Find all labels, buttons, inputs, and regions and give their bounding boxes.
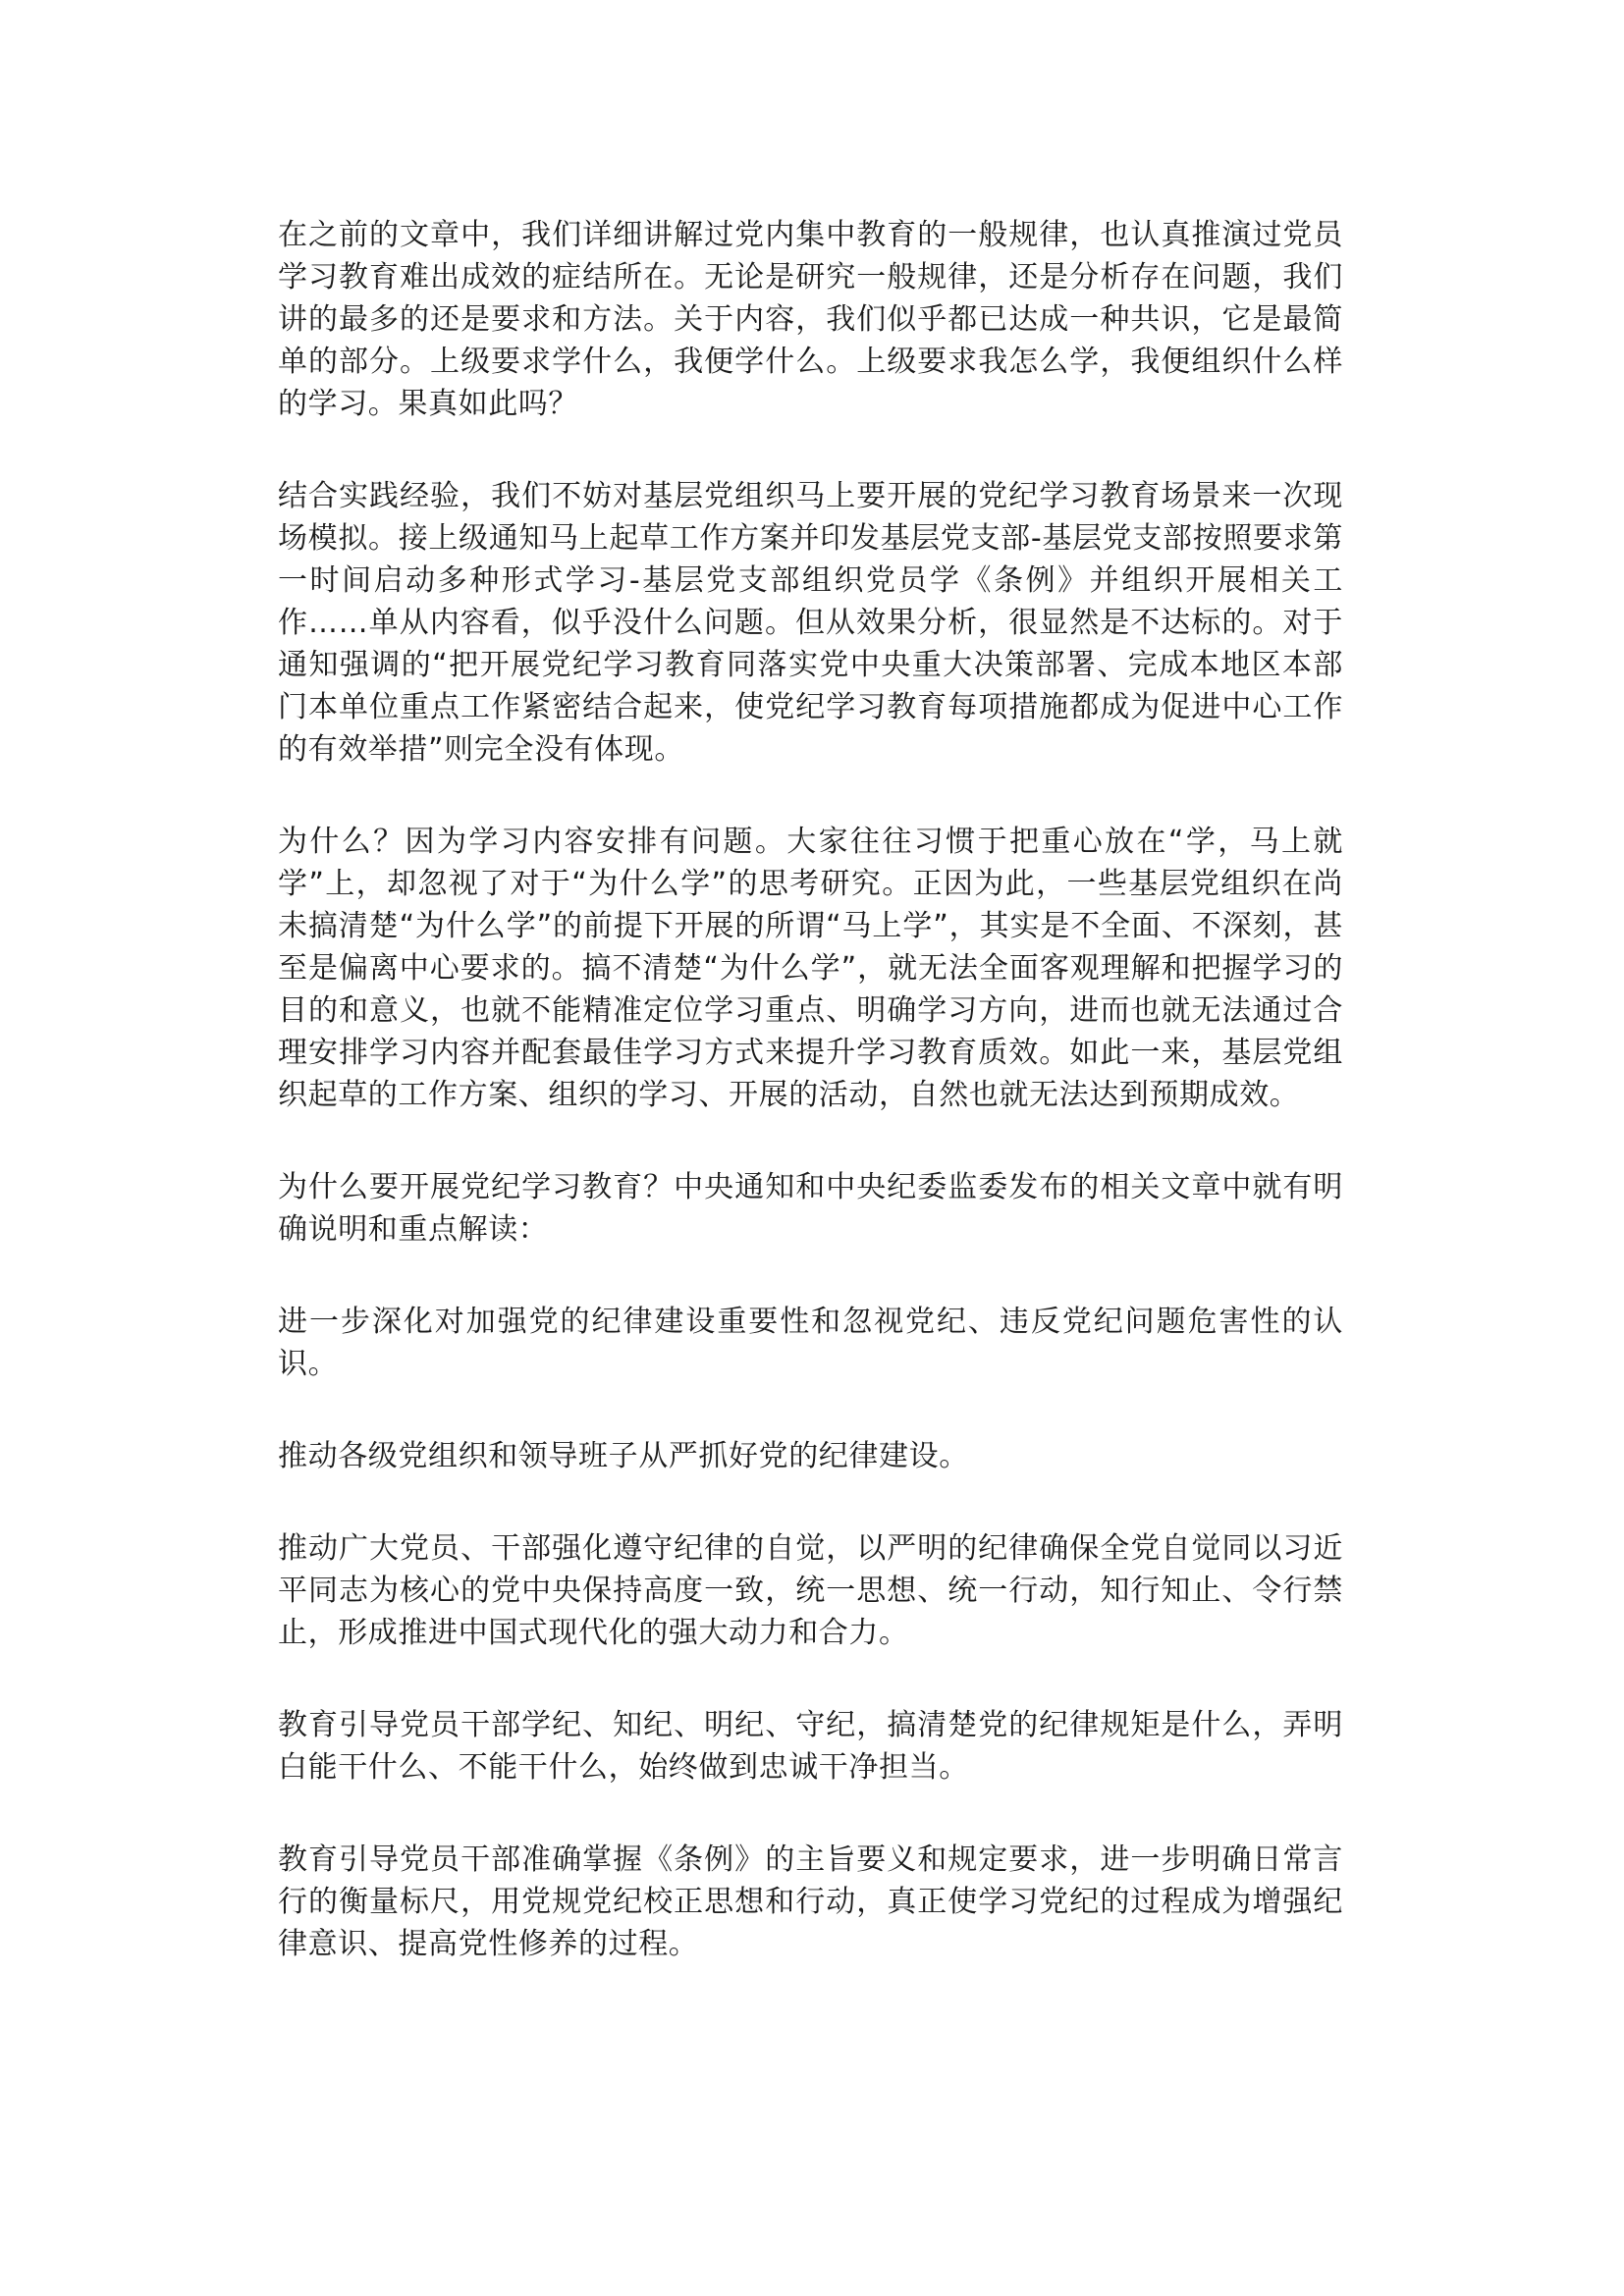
paragraph-point-5: 教育引导党员干部准确掌握《条例》的主旨要义和规定要求，进一步明确日常言行的衡量标… xyxy=(278,1839,1343,1965)
paragraph-why-question: 为什么要开展党纪学习教育？中央通知和中央纪委监委发布的相关文章中就有明确说明和重… xyxy=(278,1166,1343,1251)
paragraph-point-2: 推动各级党组织和领导班子从严抓好党的纪律建设。 xyxy=(278,1435,1343,1477)
paragraph-intro: 在之前的文章中，我们详细讲解过党内集中教育的一般规律，也认真推演过党员学习教育难… xyxy=(278,214,1343,425)
paragraph-scenario: 结合实践经验，我们不妨对基层党组织马上要开展的党纪学习教育场景来一次现场模拟。接… xyxy=(278,475,1343,771)
paragraph-point-4: 教育引导党员干部学纪、知纪、明纪、守纪，搞清楚党的纪律规矩是什么，弄明白能干什么… xyxy=(278,1704,1343,1789)
paragraph-why-problem: 为什么？因为学习内容安排有问题。大家往往习惯于把重心放在“学，马上就学”上，却忽… xyxy=(278,821,1343,1116)
document-body: 在之前的文章中，我们详细讲解过党内集中教育的一般规律，也认真推演过党员学习教育难… xyxy=(278,214,1343,2015)
paragraph-point-1: 进一步深化对加强党的纪律建设重要性和忽视党纪、违反党纪问题危害性的认识。 xyxy=(278,1301,1343,1385)
paragraph-point-3: 推动广大党员、干部强化遵守纪律的自觉，以严明的纪律确保全党自觉同以习近平同志为核… xyxy=(278,1527,1343,1654)
